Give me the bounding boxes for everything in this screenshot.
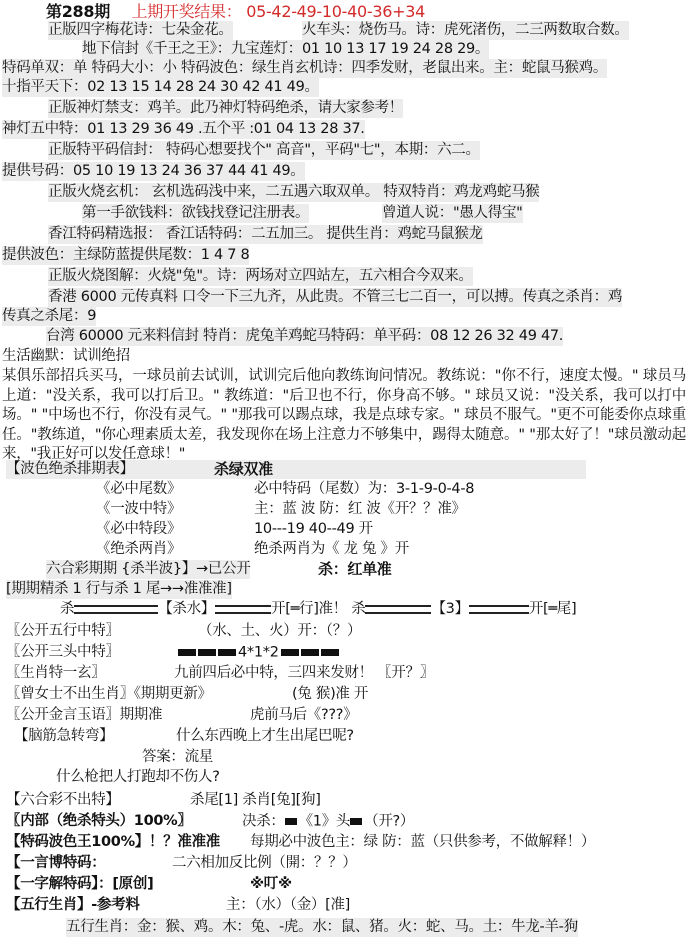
special-code-line: 特码单双：单 特码大小：小 特码波色：绿生肖玄机诗：四季发财，老鼠出来。主：蛇鼠… (2, 59, 607, 78)
lamp-ban-line: 正版神灯禁支：鸡羊。此乃神灯特码绝杀，请大家参考！ (48, 99, 403, 118)
three-heads-value: 4*1*2 (178, 643, 341, 663)
ten-fingers-line: 十指平天下：02 13 15 14 28 24 30 42 41 49。 (2, 78, 319, 97)
train-head-text: 火车头：烧伤马。诗：虎死渚伤，二三两数取合数。 (302, 22, 629, 38)
kill1-label: 杀 (60, 601, 74, 617)
inner-kill-value: 决杀：《1》头（开?） (242, 812, 414, 832)
riddle-label: 【脑筋急转弯】 (14, 727, 113, 746)
color-king-label: 【特码波色王100%】！？准准准 (6, 833, 220, 852)
humor-title: 生活幽默：试训绝招 (2, 347, 130, 366)
fire-mystery-line: 正版火烧玄机： 玄机选码浅中来，二五遇六取双单。 特双特肖：鸡龙鸡蛇马猴 (48, 183, 539, 202)
inner-kill-post: （开?） (364, 814, 414, 830)
taiwan-letter-line: 台湾 60000 元来料信封 特肖：虎兔羊鸡蛇马特码：单平码：08 12 26 … (46, 327, 563, 346)
special-label: 〖公开五行中特〗 (6, 622, 120, 641)
special-label: 〖生肖特一玄〗 (6, 664, 105, 683)
one-word-label: 【一言博特码： (6, 854, 105, 873)
table-row-label: 《必中尾数》 (96, 480, 181, 499)
three-heads-text: 4*1*2 (238, 645, 279, 661)
special-value: 虎前马后《???》 (250, 706, 357, 725)
five-elements-label: 【五行生肖】-参考料 (6, 896, 140, 915)
table-row-label: 《绝杀两肖》 (96, 540, 181, 559)
flat-code-letter-line: 正版特平码信封： 特码心想要找个" 高音"，平码"七"，本期：六二。 (48, 141, 480, 160)
five-elements-value: 主：（水）（金）[准] (226, 896, 350, 915)
issue-number: 第288期 (46, 2, 110, 21)
xiangjiang-line: 香江特码精选报： 香江话特码：二五加三。 提供生肖：鸡蛇马鼠猴龙 (48, 225, 483, 244)
special-label: 〖公开金言玉语〗期期准 (6, 706, 162, 725)
fire-diagram-line: 正版火烧图解：火烧"兔"。诗：两场对立四站左，五六相合今双来。 (48, 267, 473, 286)
header-row: 第288期 上期开奖结果： 05-42-49-10-40-36+34 (46, 2, 425, 21)
kill2-tag: 【3】 (431, 601, 468, 617)
train-head-line: 火车头：烧伤马。诗：虎死渚伤，二三两数取合数。 (302, 21, 629, 40)
half-wave-label: 六合彩期期 {杀半波}】→已公开 (46, 560, 250, 579)
kill2-label: 杀 (351, 601, 365, 617)
riddle-answer-1: 答案：流星 (142, 748, 213, 767)
color-king-value: 每期必中波色主：绿 防：蓝（只供参考，不做解释！） (250, 833, 595, 852)
inner-kill-mid: 《1》头 (299, 814, 351, 830)
kill1-tag: 【杀水】 (158, 601, 215, 617)
fax-kill-tail-line: 传真之杀尾：9 (2, 307, 96, 326)
half-wave-verdict: 杀：红单准 (318, 560, 392, 579)
table-row-label: 《必中特段》 (96, 520, 181, 539)
special-label: 〖曾女士不出生肖〗《期期更新》 (6, 685, 212, 704)
underground-letter-line: 地下信封《千王之王》：九宝莲灯：01 10 13 17 19 24 28 29。 (82, 40, 489, 59)
table-row-value: 10---19 40--49 开 (254, 520, 373, 539)
inner-kill-label: 〖内部（绝杀特头）100%〗 (6, 812, 192, 831)
provided-color-line: 提供波色：主绿防蓝提供尾数：1 4 7 8 (2, 246, 249, 265)
last-result-numbers: 05-42-49-10-40-36+34 (246, 2, 425, 21)
one-char-value: ※叮※ (250, 875, 292, 894)
double-line-divider (74, 605, 158, 614)
table-row-label: 《一波中特》 (96, 500, 181, 519)
riddle-question-2: 什么枪把人打跑却不伤人? (56, 768, 220, 787)
plum-poem-text: 正版四字梅花诗：七朵金花。 (48, 22, 233, 38)
first-hand-line: 第一手欲钱料：欲钱找登记注册表。 (82, 204, 309, 223)
table-verdict: 杀绿双准 (214, 460, 273, 479)
table-row-value: 绝杀两肖为《 龙 兔 》开 (254, 540, 409, 559)
double-line-divider (365, 605, 431, 614)
table-row-value: 必中特码（尾数）为：3-1-9-0-4-8 (254, 480, 474, 499)
zeng-says-line: 曾道人说："愚人得宝" (382, 204, 523, 223)
table-title: 【波色绝杀排期表】 (6, 461, 134, 477)
special-label: 〖公开三头中特〗 (6, 643, 120, 662)
lamp-five-line: 神灯五中特：01 13 29 36 49 .五个平 :01 04 13 28 3… (2, 120, 365, 139)
no-special-value: 杀尾[1] 杀肖[兔][狗] (190, 791, 321, 810)
black-bars-icon (281, 643, 341, 662)
last-result-label: 上期开奖结果： (132, 2, 242, 21)
table-header-row: 【波色绝杀排期表】 (6, 460, 586, 479)
double-line-divider (469, 605, 529, 614)
special-value: （水、土、火）开：（？） (198, 622, 361, 641)
one-word-value: 二六相加反比例（開：？？） (172, 854, 357, 873)
special-value: (兔 猴)准 开 (292, 685, 368, 704)
double-line-divider (215, 605, 271, 614)
no-special-label: 【六合彩不出特】 (6, 791, 120, 810)
jingsha-title: [期期精杀 1 行与杀 1 尾→→准准准] (6, 580, 232, 599)
kill1-open: 开[═行]准！ (271, 601, 347, 617)
table-row-value: 主：蓝 波 防：红 波《开？？准》 (254, 500, 466, 519)
black-bar-icon (350, 812, 364, 831)
kill2-open: 开[═尾] (529, 601, 577, 617)
five-elements-zodiac-line: 五行生肖：金：猴、鸡。木：兔、-虎。水：鼠、猪。火：蛇、马。土：牛龙-羊-狗 (66, 918, 578, 937)
one-char-label: 【一字解特码】：[原创] (6, 875, 153, 894)
black-bars-icon (178, 643, 238, 662)
inner-kill-pre: 决杀： (242, 814, 285, 830)
plum-poem-line: 正版四字梅花诗：七朵金花。 (48, 21, 233, 40)
humor-story: 某俱乐部招兵买马，一球员前去试训，试训完后他向教练询问情况。教练说："你不行，速… (2, 367, 686, 465)
hk-fax-line: 香港 6000 元传真料 口令一下三九齐，从此贵。不管三七二百一，可以搏。传真之… (48, 288, 622, 307)
riddle-question-1: 什么东西晚上才生出尾巴呢? (176, 727, 354, 746)
provided-numbers-line: 提供号码：05 10 19 13 24 36 37 44 41 49。 (2, 162, 305, 181)
black-bar-icon (285, 812, 299, 831)
special-value: 九前四后必中特，三四来发财！ 〖开？〗 (174, 664, 434, 683)
jingsha-row: 杀【杀水】开[═行]准！ 杀【3】开[═尾] (60, 600, 576, 619)
